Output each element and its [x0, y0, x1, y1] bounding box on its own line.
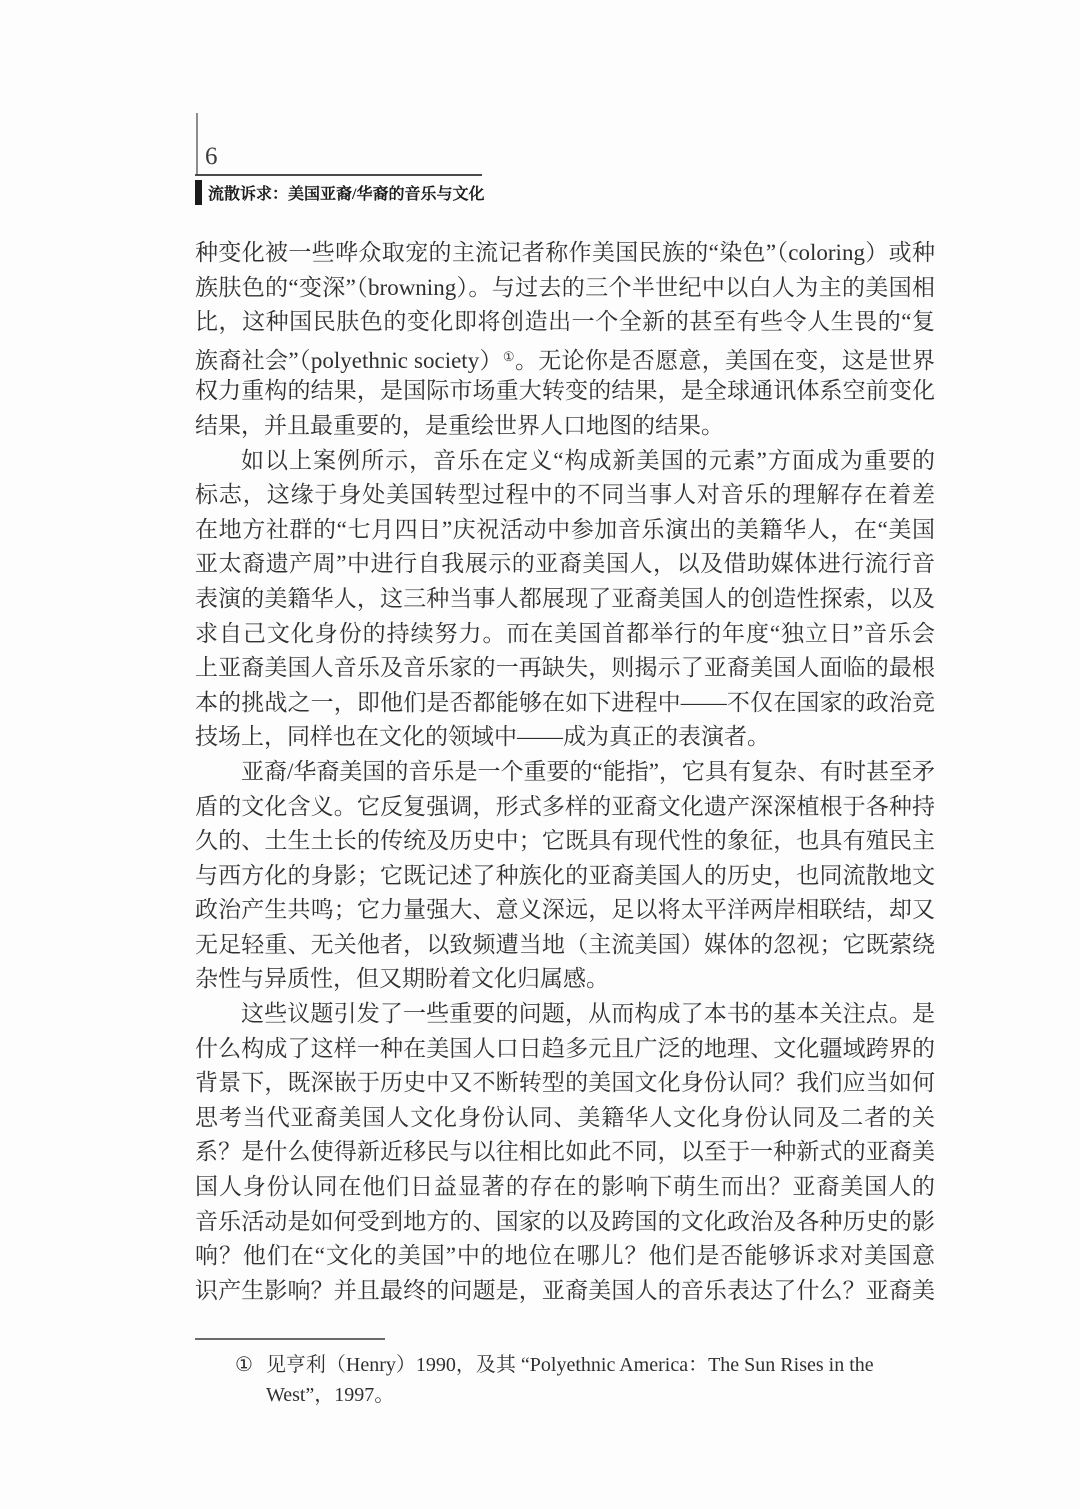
text-line: 系？是什么使得新近移民与以往相比如此不同，以至于一种新式的亚裔美: [195, 1135, 935, 1170]
title-bar-mark: [195, 180, 202, 205]
body-text: 种变化被一些哗众取宠的主流记者称作美国民族的“染色”（coloring）或种族肤…: [195, 236, 935, 1308]
text-line: 政治产生共鸣；它力量强大、意义深远，足以将太平洋两岸相联结，却又如此: [195, 893, 935, 928]
text-line: 响？他们在“文化的美国”中的地位在哪儿？他们是否能够诉求对美国意: [195, 1239, 935, 1274]
text-line: 思考当代亚裔美国人文化身份认同、美籍华人文化身份认同及二者的关: [195, 1101, 935, 1136]
running-title-row: 流散诉求：美国亚裔/华裔的音乐与文化: [195, 179, 484, 205]
paragraph: 如以上案例所示，音乐在定义“构成新美国的元素”方面成为重要的标志，这缘于身处美国…: [195, 444, 935, 755]
text-line: 技场上，同样也在文化的领域中——成为真正的表演者。: [195, 720, 935, 755]
text-line: 无足轻重、无关他者，以致频遭当地（主流美国）媒体的忽视；它既萦绕着混: [195, 928, 935, 963]
text-line: 杂性与异质性，但又期盼着文化归属感。: [195, 962, 935, 997]
text-line: 如以上案例所示，音乐在定义“构成新美国的元素”方面成为重要的: [195, 444, 935, 479]
paragraph: 种变化被一些哗众取宠的主流记者称作美国民族的“染色”（coloring）或种族肤…: [195, 236, 935, 444]
text-line: 比，这种国民肤色的变化即将创造出一个全新的甚至有些令人生畏的“复合: [195, 305, 935, 340]
footnote-marker: ①: [235, 1350, 253, 1410]
header-rule: [195, 174, 482, 176]
text-line: 背景下，既深嵌于历史中又不断转型的美国文化身份认同？我们应当如何: [195, 1066, 935, 1101]
text-line: 亚裔/华裔美国的音乐是一个重要的“能指”，它具有复杂、有时甚至矛: [195, 755, 935, 790]
paragraph: 亚裔/华裔美国的音乐是一个重要的“能指”，它具有复杂、有时甚至矛盾的文化含义。它…: [195, 755, 935, 997]
text-line: 国人身份认同在他们日益显著的存在的影响下萌生而出？亚裔美国人的: [195, 1170, 935, 1205]
book-page: 6 流散诉求：美国亚裔/华裔的音乐与文化 种变化被一些哗众取宠的主流记者称作美国…: [0, 0, 1080, 1509]
text-line: 结果，并且最重要的，是重绘世界人口地图的结果。: [195, 409, 935, 444]
text-line: 权力重构的结果，是国际市场重大转变的结果，是全球通讯体系空前变化的: [195, 374, 935, 409]
text-line: 盾的文化含义。它反复强调，形式多样的亚裔文化遗产深深植根于各种持: [195, 790, 935, 825]
text-line: 与西方化的身影；它既记述了种族化的亚裔美国人的历史，也同流散地文化: [195, 859, 935, 894]
text-line: 求自己文化身份的持续努力。而在美国首都举行的年度“独立日”音乐会: [195, 617, 935, 652]
page-number: 6: [205, 141, 218, 173]
text-line: 族裔社会”（polyethnic society）①。无论你是否愿意，美国在变，…: [195, 340, 935, 375]
footnote: ① 见亨利（Henry）1990，及其 “Polyethnic America：…: [235, 1350, 945, 1410]
text-line: 什么构成了这样一种在美国人口日趋多元且广泛的地理、文化疆域跨界的: [195, 1032, 935, 1067]
footnote-ref-mark: ①: [503, 349, 515, 364]
text-line: 亚太裔遗产周”中进行自我展示的亚裔美国人，以及借助媒体进行流行音乐: [195, 547, 935, 582]
text-line: 音乐活动是如何受到地方的、国家的以及跨国的文化政治及各种历史的影: [195, 1205, 935, 1240]
text-line: 种变化被一些哗众取宠的主流记者称作美国民族的“染色”（coloring）或种: [195, 236, 935, 271]
text-line: 久的、土生土长的传统及历史中；它既具有现代性的象征，也具有殖民主义: [195, 824, 935, 859]
paragraph: 这些议题引发了一些重要的问题，从而构成了本书的基本关注点。是什么构成了这样一种在…: [195, 997, 935, 1308]
text-line: 在地方社群的“七月四日”庆祝活动中参加音乐演出的美籍华人，在“美国: [195, 513, 935, 548]
text-line: 标志，这缘于身处美国转型过程中的不同当事人对音乐的理解存在着差异。: [195, 478, 935, 513]
text-line: 表演的美籍华人，这三种当事人都展现了亚裔美国人的创造性探索，以及诉: [195, 582, 935, 617]
footnote-text: 见亨利（Henry）1990，及其 “Polyethnic America：Th…: [266, 1350, 945, 1410]
text-line: 这些议题引发了一些重要的问题，从而构成了本书的基本关注点。是: [195, 997, 935, 1032]
text-line: 族肤色的“变深”（browning）。与过去的三个半世纪中以白人为主的美国相: [195, 271, 935, 306]
footnote-separator: [195, 1338, 385, 1340]
text-line: 本的挑战之一，即他们是否都能够在如下进程中——不仅在国家的政治竞: [195, 686, 935, 721]
text-line: 上亚裔美国人音乐及音乐家的一再缺失，则揭示了亚裔美国人面临的最根: [195, 651, 935, 686]
margin-tick-line: [196, 113, 198, 175]
text-line: 识产生影响？并且最终的问题是，亚裔美国人的音乐表达了什么？亚裔美: [195, 1274, 935, 1309]
running-title: 流散诉求：美国亚裔/华裔的音乐与文化: [208, 181, 484, 204]
